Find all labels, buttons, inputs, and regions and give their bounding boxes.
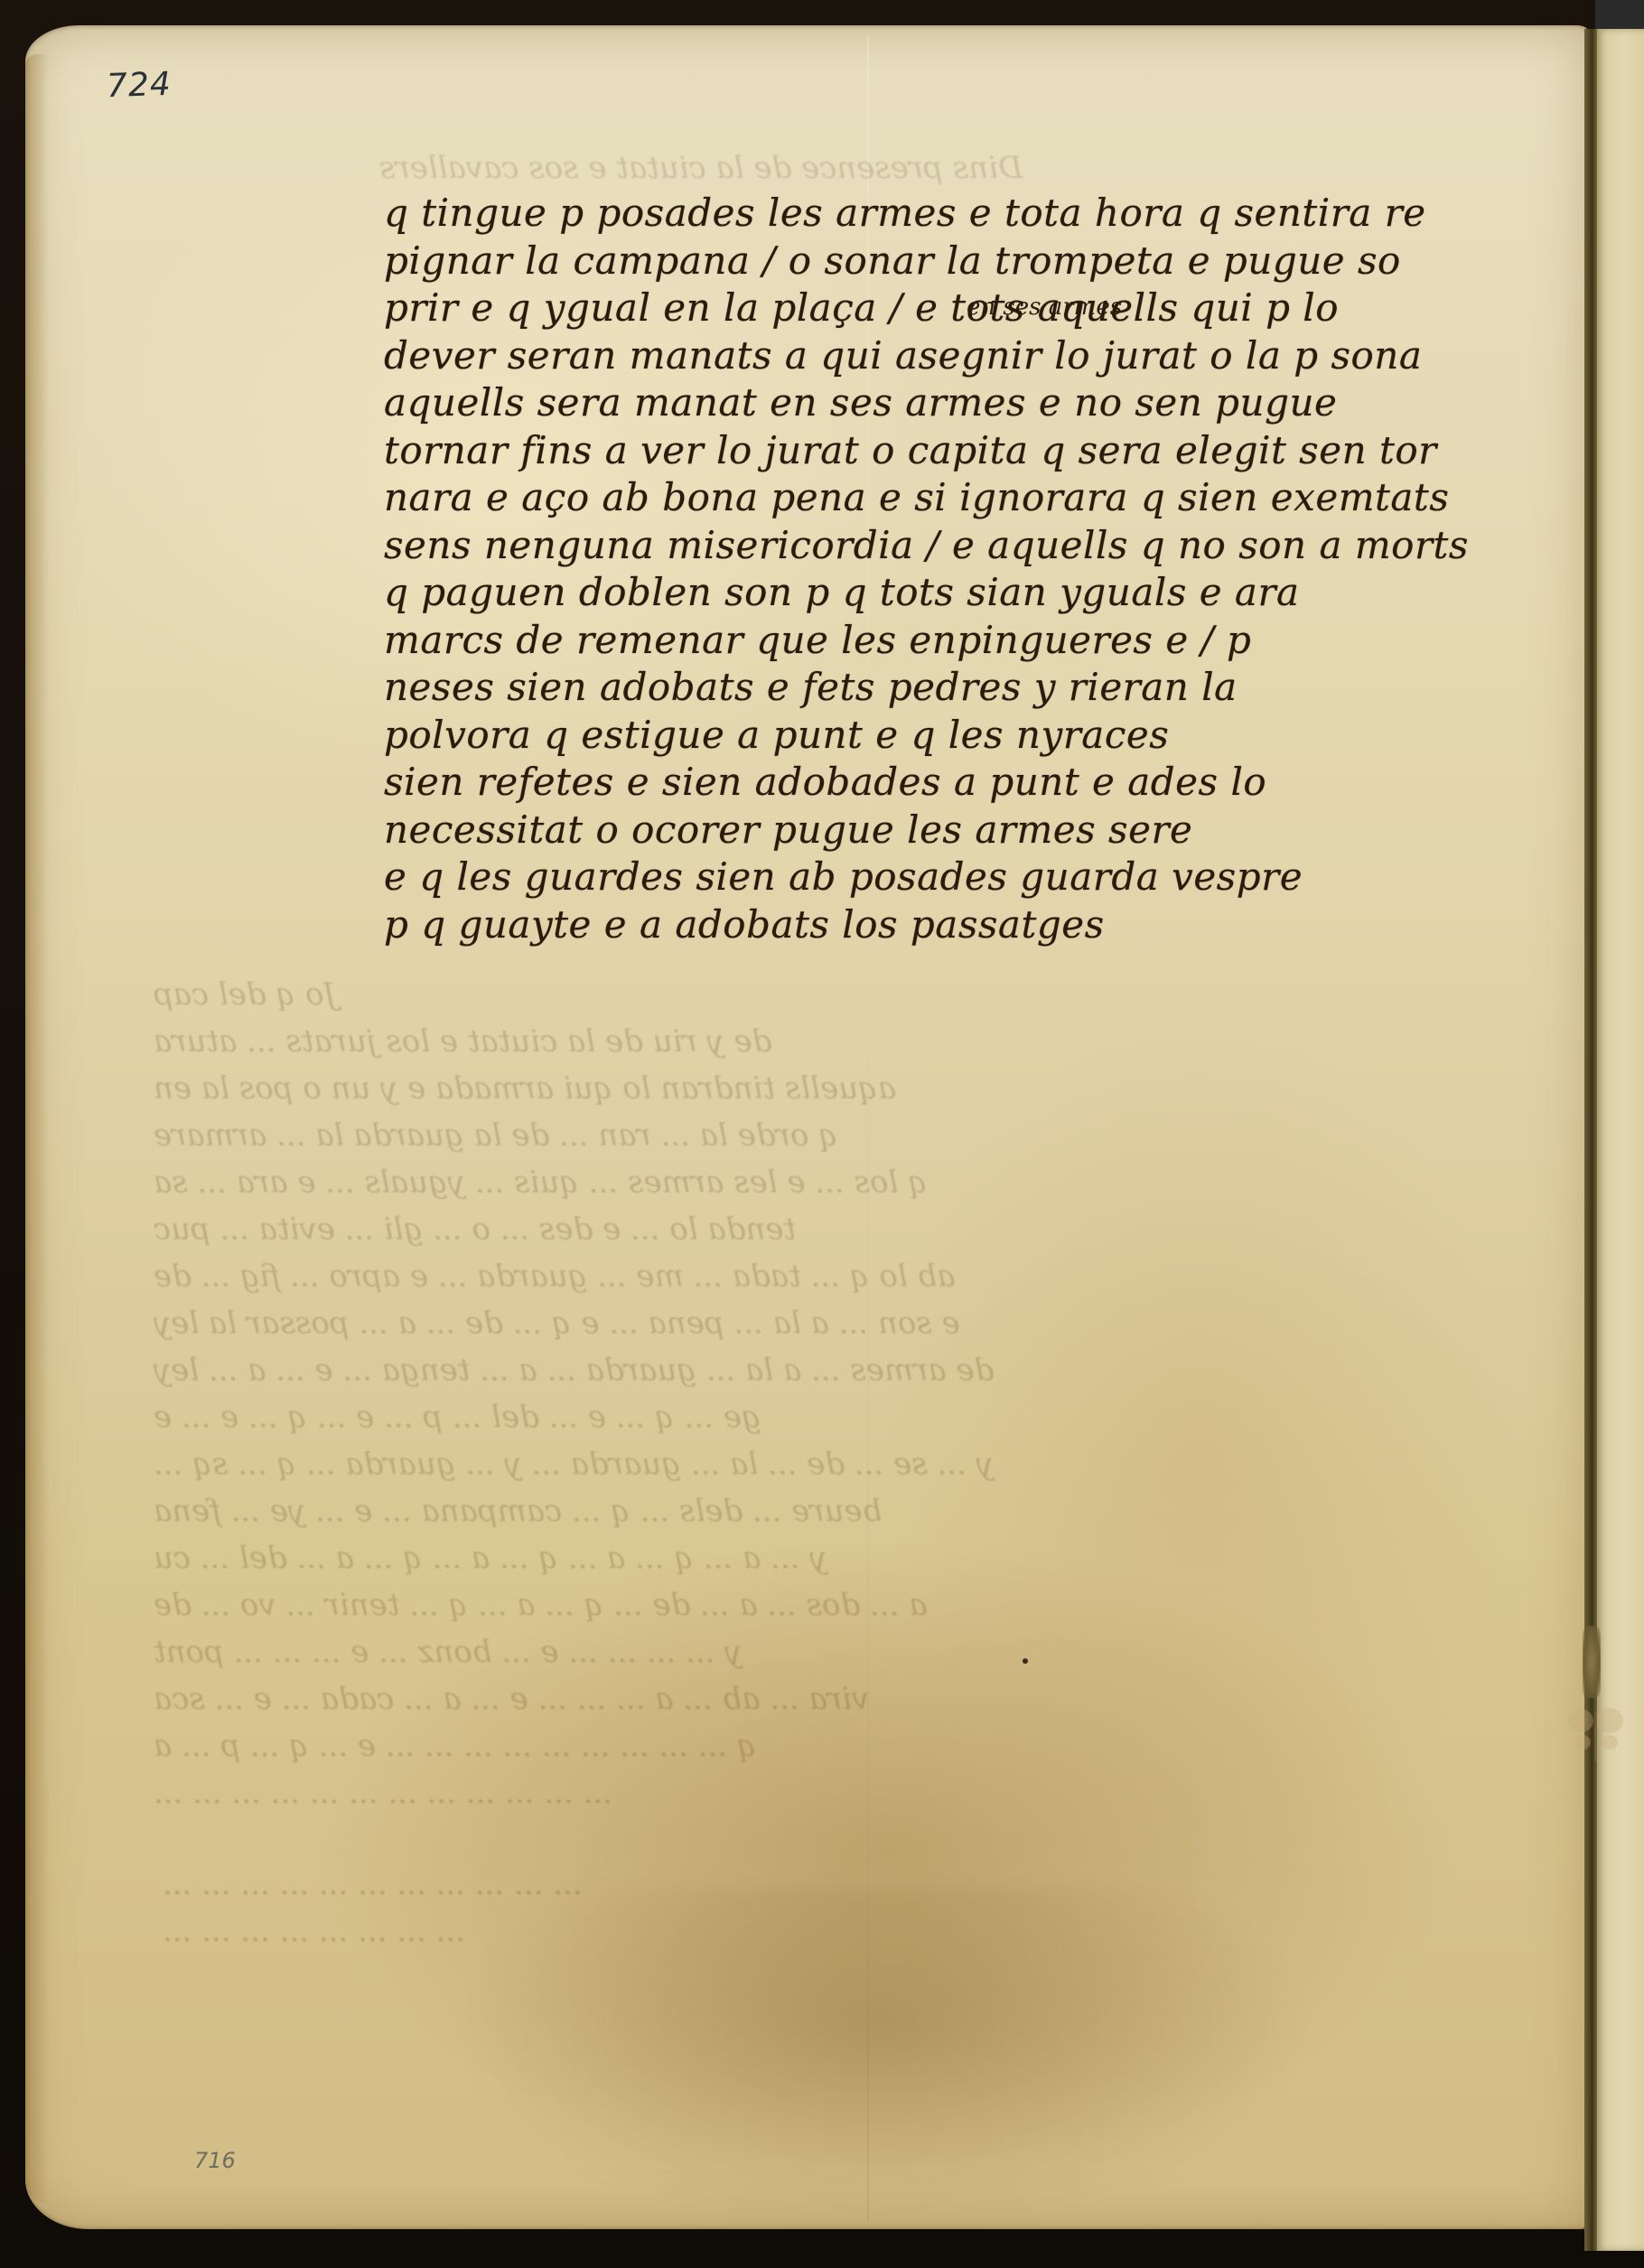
manuscript-line: sien refetes e sien adobades a punt e ad… <box>384 759 1486 807</box>
ink-speck <box>1023 1658 1028 1664</box>
bleed-line: y ... a ... q ... a ... q ... a ... q ..… <box>154 1535 1192 1582</box>
bleed-line: aquells tindran lo qui armada e y un o p… <box>154 1065 1192 1112</box>
bleed-line: ge ... q ... e ... del ... p ... e ... q… <box>154 1394 1192 1441</box>
manuscript-line: tornar fins a ver lo jurat o capita q se… <box>384 427 1486 475</box>
manuscript-line: neses sien adobats e fets pedres y riera… <box>384 664 1486 712</box>
bleed-line: de armes ... a la ... guarda ... a ... t… <box>154 1347 1192 1394</box>
bleed-line: Dins presence de la ciutat e sos cavalle… <box>379 145 1463 191</box>
bleed-line: e son ... a la ... pena ... e q ... de .… <box>154 1300 1192 1347</box>
binding-thread-knot <box>1583 1626 1601 1698</box>
manuscript-line: sens nenguna misericordia / e aquells q … <box>384 522 1486 570</box>
bleed-line: beure ... dels ... q ... campana ... e .… <box>154 1488 1192 1535</box>
adjacent-leaf-strip <box>1597 29 1644 2251</box>
bleed-through-top: Dins presence de la ciutat e sos cavalle… <box>379 145 1463 191</box>
manuscript-line: dever seran manats a qui asegnir lo jura… <box>384 332 1486 380</box>
bleed-line: y ... ... ... ... e ... bonz ... e ... .… <box>154 1629 1192 1675</box>
leaf-worn-edge <box>25 54 49 2204</box>
bleed-line: q orde la ... ran ... de la guarda la ..… <box>154 1112 1192 1159</box>
bleed-line: de y riu de la ciutat e los jurats ... a… <box>154 1018 1192 1065</box>
manuscript-line: necessitat o ocorer pugue les armes sere <box>384 807 1486 854</box>
manuscript-line: p q guayte e a adobats los passatges <box>384 901 1486 949</box>
bleed-line: ... ... ... ... ... ... ... ... <box>163 1908 1066 1955</box>
manuscript-line: prir e q ygual en la plaça / e tots aque… <box>384 285 1486 332</box>
bleed-line: q los ... e les armes ... quis ... ygual… <box>154 1159 1192 1206</box>
manuscript-line: marcs de remenar que les enpingueres e /… <box>384 617 1486 665</box>
butterfly-watermark-icon <box>1565 1703 1628 1766</box>
bleed-line: vira ... ab ... a ... ... ... e ... a ..… <box>154 1675 1192 1722</box>
scan-corner-shadow <box>1595 0 1644 33</box>
manuscript-line: pignar la campana / o sonar la trompeta … <box>384 238 1486 285</box>
bleed-through-middle: Jo q del cap de y riu de la ciutat e los… <box>154 971 1192 1816</box>
binding-gutter <box>1584 29 1597 2251</box>
manuscript-line: nara e aço ab bona pena e si ignorara q … <box>384 474 1486 522</box>
manuscript-line: polvora q estigue a punt e q les nyraces <box>384 712 1486 760</box>
bleed-line: y ... se ... de ... la ... guarda ... y … <box>154 1441 1192 1488</box>
bleed-line: a ... dos ... a ... de ... q ... a ... q… <box>154 1582 1192 1629</box>
manuscript-line: e q les guardes sien ab posades guarda v… <box>384 854 1486 901</box>
manuscript-line: q paguen doblen son p q tots sian yguals… <box>384 569 1486 617</box>
manuscript-line: aquells sera manat en ses armes e no sen… <box>384 379 1486 427</box>
folio-number-bottom: 716 <box>194 2148 236 2173</box>
bleed-line: ... ... ... ... ... ... ... ... ... ... … <box>154 1769 1192 1816</box>
bleed-line: ... ... ... ... ... ... ... ... ... ... … <box>163 1861 1066 1908</box>
bleed-through-bottom: ... ... ... ... ... ... ... ... ... ... … <box>163 1861 1066 1955</box>
bleed-line: ab lo q ... tada ... me ... guarda ... e… <box>154 1253 1192 1300</box>
bleed-line: Jo q del cap <box>154 971 1192 1018</box>
manuscript-text-block: q tingue p posades les armes e tota hora… <box>384 190 1486 948</box>
interlinear-insertion: en ses armes <box>967 294 1122 321</box>
manuscript-line: q tingue p posades les armes e tota hora… <box>384 190 1486 238</box>
bleed-line: tenda lo ... e des ... o ... gli ... evi… <box>154 1206 1192 1253</box>
bleed-line: q ... ... ... ... ... ... ... ... ... e … <box>154 1722 1192 1769</box>
folio-number-top: 724 <box>106 66 172 105</box>
